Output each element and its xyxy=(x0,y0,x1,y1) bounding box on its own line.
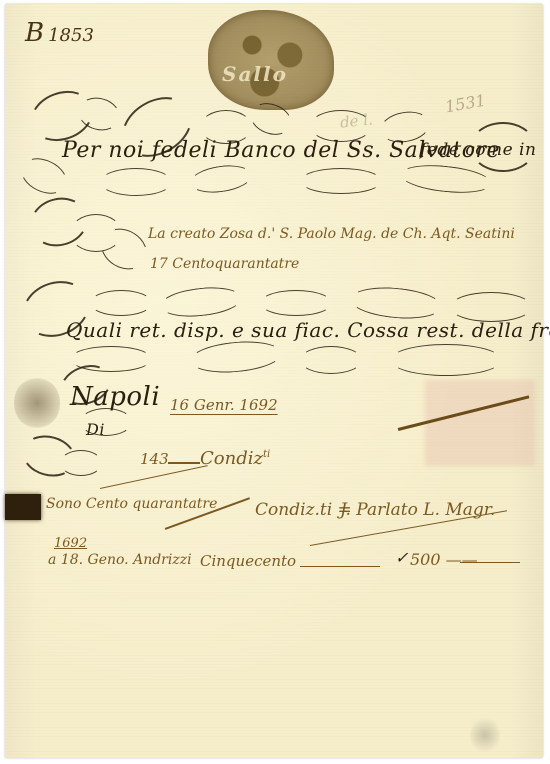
shelfmark-letter: B xyxy=(25,18,44,48)
seal-stamp-text: Sallo xyxy=(222,62,288,86)
payment-date: a 18. Geno. Andrizzi xyxy=(48,552,192,568)
place-napoli: Napoli xyxy=(70,382,160,412)
paid-amount-words: Sono Cento quarantatre xyxy=(46,496,217,512)
amount-final: 500 —— xyxy=(410,550,478,569)
amount-words-final: Cinquecento xyxy=(200,552,296,570)
amount-dash xyxy=(300,566,380,567)
seal-stamp-icon xyxy=(208,10,334,110)
issue-date: 16 Genr. 1692 xyxy=(170,396,278,414)
year-note: 1692 xyxy=(54,536,87,551)
amount-number: 143 xyxy=(140,450,169,468)
amount-rule xyxy=(168,462,200,464)
check-mark-icon: ✓ xyxy=(395,548,408,567)
condition-label-1: Condizti xyxy=(200,448,270,469)
bottom-smudge xyxy=(470,715,500,755)
ornament-di: Di xyxy=(86,420,105,439)
condition-label-1-sup: ti xyxy=(263,449,270,460)
black-seal-mark xyxy=(5,494,41,520)
amount-arrow-line xyxy=(460,562,520,563)
red-stain xyxy=(425,380,535,466)
handwritten-amount-words: 17 Centoquarantatre xyxy=(150,256,299,272)
calligraphy-line-1-continued: fede come in xyxy=(420,140,536,160)
shelfmark: B1853 xyxy=(25,18,94,48)
calligraphy-line-3: Quali ret. disp. e sua fiac. Cossa rest.… xyxy=(66,318,550,342)
condition-label-2: Condiz.ti = xyxy=(255,500,352,520)
shelfmark-number: 1853 xyxy=(48,25,94,46)
handwritten-beneficiary-line: La creato Zosa d.' S. Paolo Mag. de Ch. … xyxy=(148,226,515,242)
ink-smudge-stamp xyxy=(14,378,60,428)
condition-label-1-text: Condiz xyxy=(200,448,263,469)
